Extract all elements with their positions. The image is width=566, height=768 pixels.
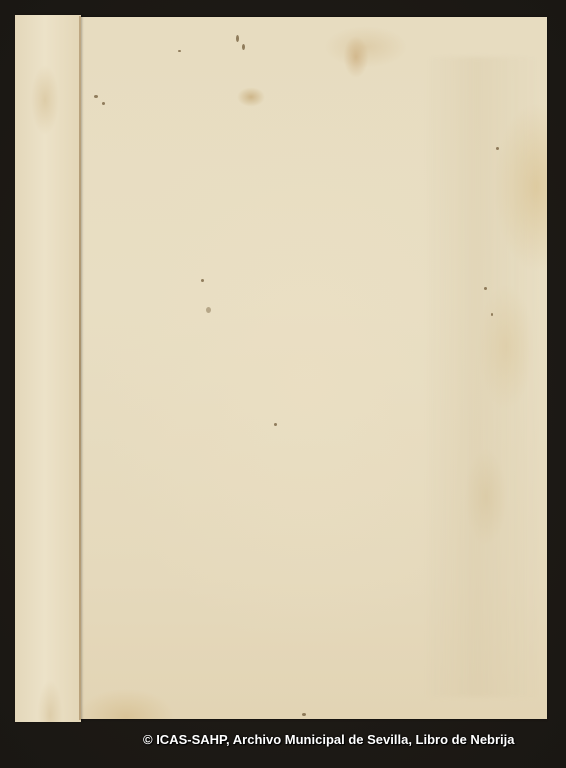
copyright-caption: © ICAS-SAHP, Archivo Municipal de Sevill… — [143, 732, 515, 747]
stain-speck — [496, 147, 499, 150]
stain-speck — [178, 50, 181, 52]
stain-speck — [274, 423, 277, 426]
stain-speck — [236, 35, 239, 42]
stain-speck — [491, 313, 493, 316]
stain-speck — [102, 102, 105, 105]
fold-crease — [79, 16, 81, 720]
stain-speck — [242, 44, 245, 50]
folded-left-strip — [15, 15, 81, 722]
stain-speck — [201, 279, 204, 282]
stain-speck — [302, 713, 306, 716]
stain-speck — [484, 287, 487, 290]
stain-speck — [94, 95, 98, 98]
eroded-edge-area — [426, 57, 536, 697]
stain-speck — [206, 307, 211, 313]
parchment-page — [66, 17, 547, 719]
